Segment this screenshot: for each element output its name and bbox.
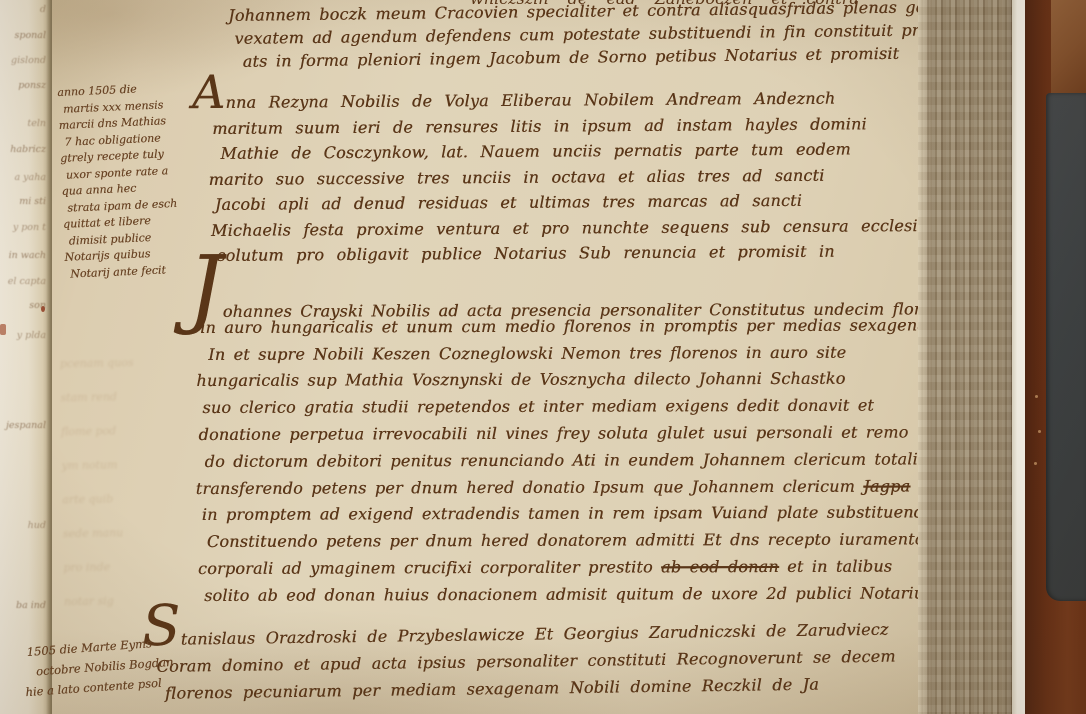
text-segment: corporali ad ymaginem crucifixi corporal… [198, 557, 661, 578]
showthrough-line: notar sig [64, 583, 215, 620]
showthrough-line: pcenam quos [60, 345, 211, 382]
showthrough-line: stam rend [60, 379, 211, 416]
text-line: solito ab eod donan huius donacionem adm… [204, 580, 942, 609]
manuscript-photo: d sponal gislond ponsz teln habricz a ya… [0, 0, 1086, 714]
red-ink-dot [41, 306, 45, 312]
paragraph-stanislaus-entry: Stanislaus Orazdroski de Przybeslawicze … [150, 616, 896, 707]
spine-text-fragment: in wach [0, 250, 50, 261]
margin-note-lower: 1505 die Marte Eyms octobre Nobilis Bogd… [26, 632, 175, 702]
showthrough-line: flome pod [61, 413, 212, 450]
text-line: suo clerico gratia studii repetendos et … [202, 393, 941, 422]
showthrough-line: pro inde [63, 549, 214, 586]
text-line: do dictorum debitori penitus renunciando… [205, 446, 942, 475]
text-segment: et in talibus [779, 557, 892, 576]
paragraph-procuration: Johannem boczk meum Cracovien specialite… [228, 0, 957, 73]
page-block-fore-edge [918, 0, 1014, 714]
text-line: marito suo successive tres unciis in oct… [209, 161, 928, 192]
paragraph-johannes-entry: Johannes Crayski Nobilis ad acta presenc… [194, 285, 942, 609]
text-line: hungaricalis sup Mathia Vosznynski de Vo… [196, 366, 941, 395]
text-line-with-strikeout: transferendo petens per dnum hered donat… [196, 473, 942, 502]
showthrough-line: arte quib [62, 481, 213, 518]
background-gap [1012, 0, 1025, 714]
leather-speck [1034, 462, 1037, 465]
spine-text-fragment: ba ind [0, 600, 50, 611]
showthrough-line: ym notum [61, 447, 212, 484]
text-line: donatione perpetua irrevocabili nil vine… [198, 419, 941, 448]
struck-text: ab eod donan [661, 557, 779, 576]
text-line: Constituendo petens per dnum hered donat… [207, 527, 942, 556]
showthrough-line: sede manu [63, 515, 214, 552]
leather-cover-edge [1025, 0, 1086, 714]
text-line: in auro hungaricalis et unum cum medio f… [200, 312, 941, 341]
text-line: Johannes Crayski Nobilis ad acta presenc… [188, 285, 941, 314]
text-line: solutum pro obligavit publice Notarius S… [217, 238, 928, 268]
spine-text-fragment: jespanal [0, 420, 50, 431]
text-line: In et supre Nobili Keszen Cozneglowski N… [208, 339, 941, 368]
spine-text-fragment: ponsz [0, 80, 50, 91]
leather-speck [1035, 395, 1038, 398]
previous-page-edge: d sponal gislond ponsz teln habricz a ya… [0, 0, 52, 714]
dark-cloth-background [1046, 93, 1086, 601]
text-line-with-strikeout: corporali ad ymaginem crucifixi corporal… [198, 553, 942, 582]
ink-showthrough: pcenam quos stam rend flome pod ym notum… [60, 345, 215, 620]
spine-text-fragment: sponal [0, 30, 50, 41]
struck-text: Jagpa [863, 476, 910, 495]
text-segment: transferendo petens per dnum hered donat… [196, 476, 864, 497]
red-edge-mark [0, 324, 6, 335]
paragraph-anna-entry: Anna Rezyna Nobilis de Volya Eliberau No… [206, 85, 928, 269]
leather-speck [1038, 430, 1041, 433]
cover-corner [1051, 0, 1086, 93]
text-line: in promptem ad exigend extradendis tamen… [202, 500, 942, 529]
spine-text-fragment: habricz [0, 144, 50, 155]
spine-text-fragment: mi sti [0, 196, 50, 207]
